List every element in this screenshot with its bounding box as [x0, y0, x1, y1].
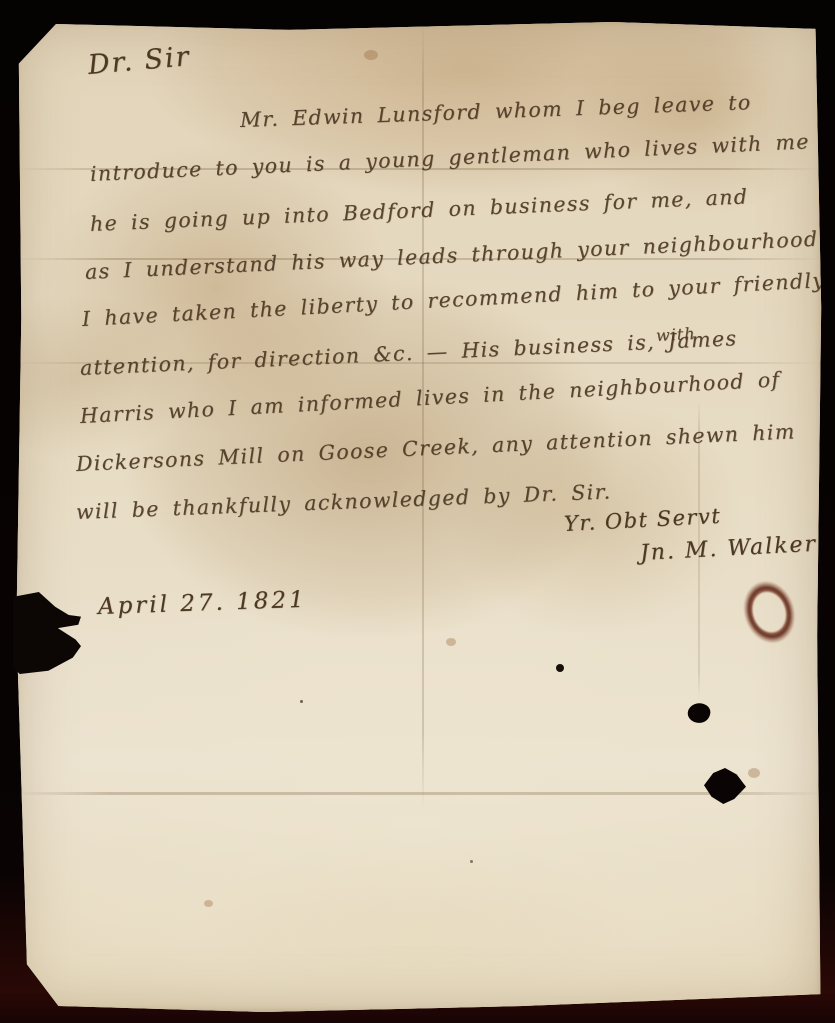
letter-line: introduce to you is a young gentleman wh…	[89, 129, 810, 186]
letter-closing: Yr. Obt Servt	[563, 504, 721, 536]
ink-speck	[556, 664, 564, 672]
letter-line: Dickersons Mill on Goose Creek, any atte…	[75, 419, 796, 476]
letter-date: April 27. 1821	[98, 587, 308, 620]
letter-line: Harris who I am informed lives in the ne…	[79, 367, 781, 428]
foxing-spot	[446, 638, 456, 646]
foxing-spot	[748, 768, 760, 778]
letter-line: attention, for direction &c. — His busin…	[79, 326, 737, 380]
letter-line: Mr. Edwin Lunsford whom I beg leave to	[240, 90, 752, 132]
letter-salutation: Dr. Sir	[87, 41, 192, 81]
letter-page: Dr. Sir Mr. Edwin Lunsford whom I beg le…	[14, 20, 822, 1012]
fold-crease-horizontal-4	[14, 792, 822, 795]
foxing-spot	[364, 50, 378, 60]
letter-line: he is going up into Bedford on business …	[89, 184, 748, 236]
letter-line: will be thankfully acknowledged by Dr. S…	[76, 479, 612, 524]
ink-speck	[470, 860, 473, 863]
ink-speck	[300, 700, 303, 703]
foxing-spot	[204, 900, 213, 907]
letter-signature: Jn. M. Walker	[639, 532, 817, 566]
scanned-letter: Dr. Sir Mr. Edwin Lunsford whom I beg le…	[0, 0, 835, 1023]
fold-crease-vertical-center	[422, 20, 424, 810]
